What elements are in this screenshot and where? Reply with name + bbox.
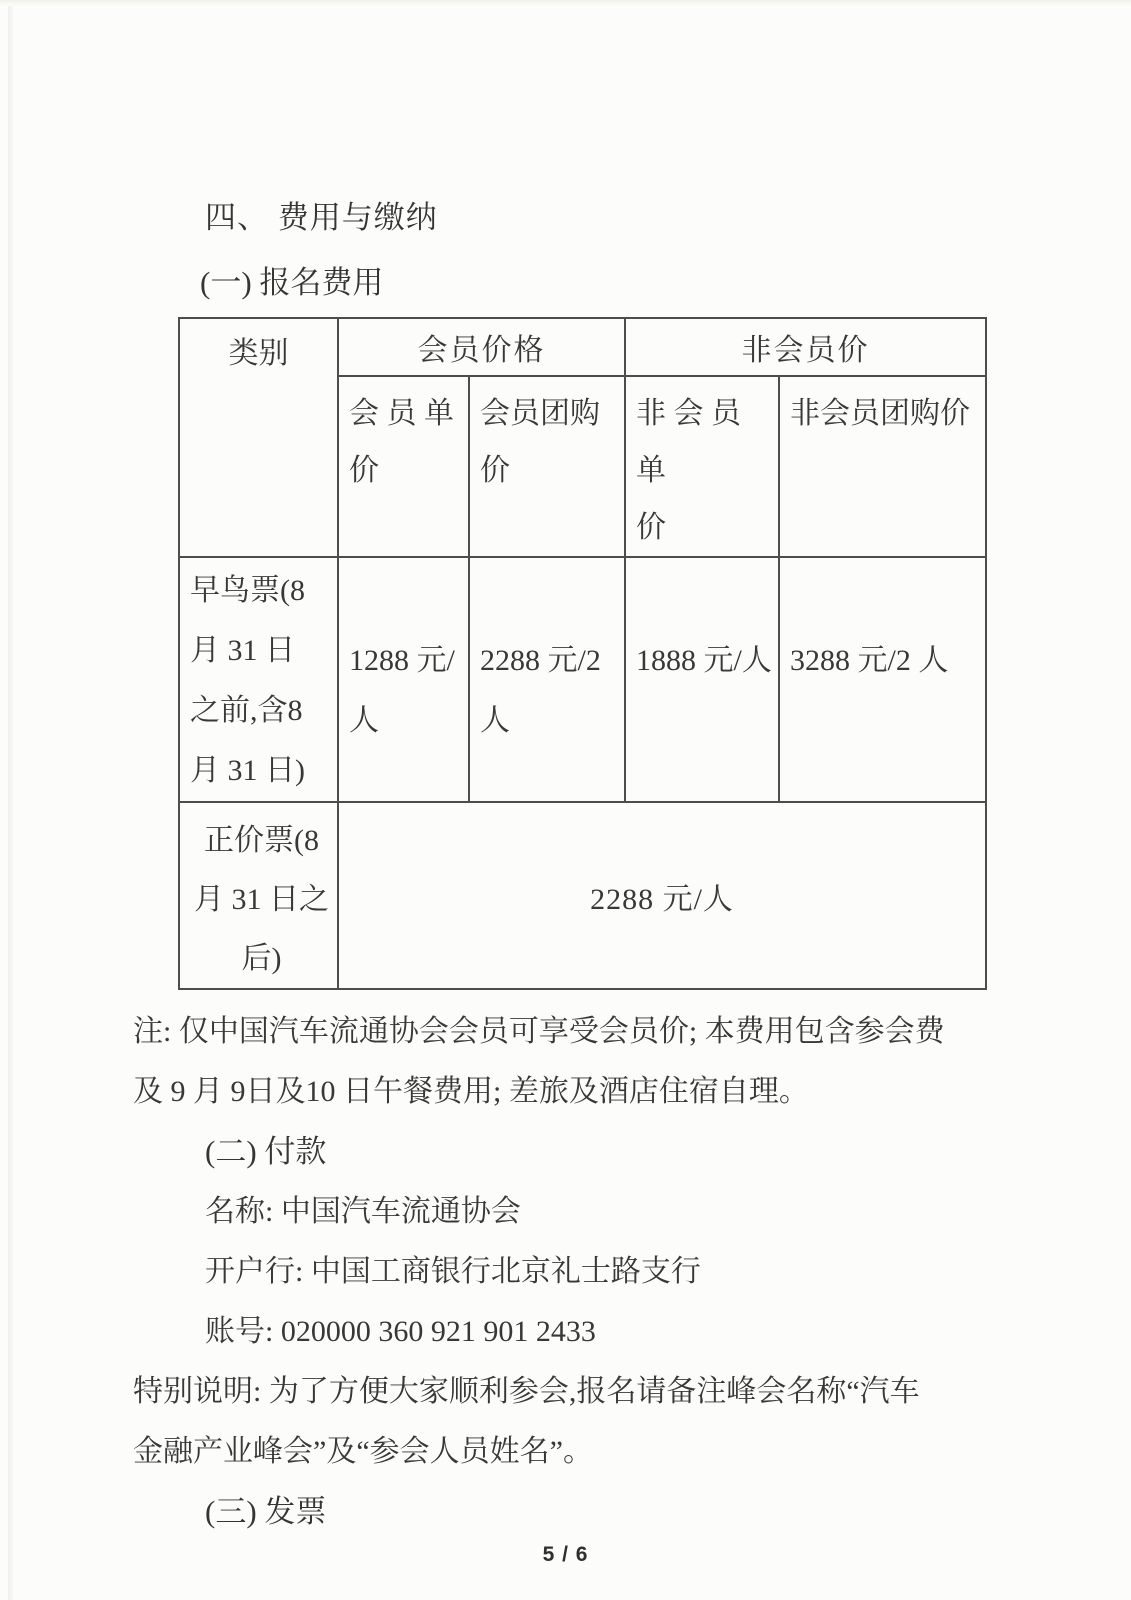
page-number: 5 / 6 xyxy=(0,1542,1131,1568)
registration-fee-table: 类别 会员价格 非会员价 会 员 单 价 会员团购 价 非 会 员 单 价 非会… xyxy=(178,317,987,990)
header-cell-nonmember-price-group: 非会员价 xyxy=(625,318,986,376)
section-heading-fees: 四、 费用与缴纳 xyxy=(205,188,1131,248)
scanned-document-page: { "page": { "background": "#fcfcfa", "te… xyxy=(0,0,1131,1600)
fee-note-paragraph: 注: 仅中国汽车流通协会会员可享受会员价; 本费用包含参会费 及 9 月 9日及… xyxy=(133,1002,1001,1122)
header-cell-category: 类别 xyxy=(179,318,338,557)
payment-bank: 开户行: 中国工商银行北京礼士路支行 xyxy=(205,1242,1131,1302)
cell-full-price-merged: 2288 元/人 xyxy=(338,802,986,989)
header-cell-member-price-group: 会员价格 xyxy=(338,318,625,376)
subheading-payment: (二) 付款 xyxy=(205,1122,1131,1182)
subheading-invoice: (三) 发票 xyxy=(205,1482,1131,1542)
cell-full-price-label: 正价票(8 月 31 日之 后) xyxy=(179,802,338,989)
cell-early-bird-member-bulk: 2288 元/2 人 xyxy=(469,557,625,802)
table-row-full-price: 正价票(8 月 31 日之 后) 2288 元/人 xyxy=(179,802,986,989)
header-cell-nonmember-group-price: 非会员团购价 xyxy=(779,376,986,557)
cell-early-bird-nonmember-bulk: 3288 元/2 人 xyxy=(779,557,986,802)
scan-left-edge-artifact xyxy=(8,0,13,1600)
header-cell-member-group-price: 会员团购 价 xyxy=(469,376,625,557)
table-header-row-groups: 类别 会员价格 非会员价 xyxy=(179,318,986,376)
payment-account-name: 名称: 中国汽车流通协会 xyxy=(205,1182,1131,1242)
cell-early-bird-member-unit: 1288 元/ 人 xyxy=(338,557,469,802)
header-cell-nonmember-unit-price: 非 会 员 单 价 xyxy=(625,376,779,557)
payment-account-number: 账号: 020000 360 921 901 2433 xyxy=(205,1302,1131,1362)
subheading-registration-fee: (一) 报名费用 xyxy=(200,253,1131,313)
table-row-early-bird: 早鸟票(8 月 31 日 之前,含8 月 31 日) 1288 元/ 人 228… xyxy=(179,557,986,802)
scan-top-edge-artifact xyxy=(0,0,1131,6)
payment-special-note: 特别说明: 为了方便大家顺利参会,报名请备注峰会名称“汽车 金融产业峰会”及“参… xyxy=(133,1362,1001,1482)
header-cell-member-unit-price: 会 员 单 价 xyxy=(338,376,469,557)
cell-early-bird-nonmember-unit: 1888 元/人 xyxy=(625,557,779,802)
cell-early-bird-label: 早鸟票(8 月 31 日 之前,含8 月 31 日) xyxy=(179,557,338,802)
